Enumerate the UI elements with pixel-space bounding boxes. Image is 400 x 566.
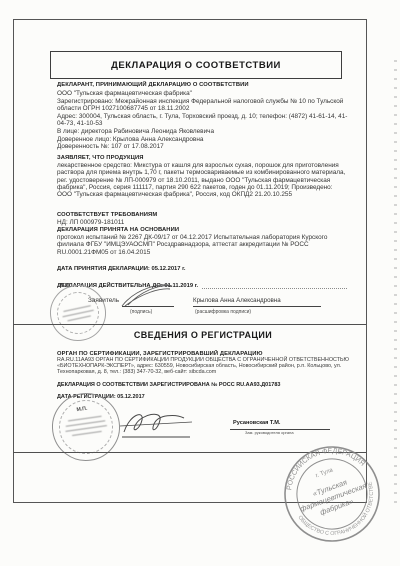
- name-line-1: [193, 306, 321, 307]
- declarant-trustee: Доверенное лицо: Крылова Анна Александро…: [57, 136, 349, 143]
- declarant-heading: ДЕКЛАРАНТ, ПРИНИМАЮЩИЙ ДЕКЛАРАЦИЮ О СООТ…: [57, 82, 349, 89]
- title-box: ДЕКЛАРАЦИЯ О СООТВЕТСТВИИ: [50, 51, 342, 79]
- scan-edge-artifacts: [394, 60, 397, 510]
- registration-section-title: СВЕДЕНИЯ О РЕГИСТРАЦИИ: [57, 330, 349, 340]
- name-caption-2: Зам. руководителя органа: [245, 431, 294, 436]
- signature-1: [118, 282, 180, 308]
- applicant-role-label: Заявитель: [88, 297, 119, 304]
- date-of-adoption: ДАТА ПРИНЯТИЯ ДЕКЛАРАЦИИ: 05.12.2017 г.: [57, 266, 349, 273]
- applicant-name: Крылова Анна Александровна: [193, 297, 281, 304]
- section-divider-top: [13, 324, 366, 325]
- declarant-person: В лице: директора Рабиновича Леонида Яко…: [57, 128, 349, 135]
- signature-line-1: [122, 306, 174, 307]
- signature-caption-1: (подпись): [130, 309, 152, 315]
- declarant-company: ООО "Тульская фармацевтическая фабрика": [57, 90, 349, 97]
- name-caption-1: (расшифровка подписи): [195, 309, 251, 315]
- valid-until-row: ДЕКЛАРАЦИЯ ДЕЙСТВИТЕЛЬНА ДО: 01.11.2019 …: [57, 283, 349, 290]
- name-line-2: [230, 429, 330, 430]
- seal-place-label-1: М.П.: [60, 283, 71, 289]
- authority-text: RA.RU.11АА93 ОРГАН ПО СЕРТИФИКАЦИИ ПРОДУ…: [57, 358, 349, 376]
- basis-text: протокол испытаний № 2267 ДК-09/17 от 04…: [57, 234, 349, 256]
- basis-heading: ДЕКЛАРАЦИЯ ПРИНЯТА НА ОСНОВАНИИ: [57, 227, 349, 234]
- declarant-registration: Зарегистрировано: Межрайонная инспекция …: [57, 98, 349, 113]
- registered-number-line: ДЕКЛАРАЦИЯ О СООТВЕТСТВИИ ЗАРЕГИСТРИРОВА…: [57, 382, 349, 389]
- product-heading: ЗАЯВЛЯЕТ, ЧТО ПРОДУКЦИЯ: [57, 155, 349, 162]
- signature-2: [118, 406, 198, 442]
- power-of-attorney: Доверенность №: 107 от 17.08.2017: [57, 143, 349, 150]
- conformity-nd: НД: ЛП 000979-181011: [57, 219, 349, 226]
- product-description: лекарственное средство: Микстура от кашл…: [57, 162, 349, 198]
- page-title: ДЕКЛАРАЦИЯ О СООТВЕТСТВИИ: [111, 60, 281, 71]
- conformity-heading: СООТВЕТСТВУЕТ ТРЕБОВАНИЯМ: [57, 212, 349, 219]
- declarant-address: Адрес: 300004, Тульская область, г. Тула…: [57, 113, 349, 128]
- expert-name: Русановская Т.М.: [233, 420, 280, 427]
- scanned-declaration-page: ДЕКЛАРАЦИЯ О СООТВЕТСТВИИ ДЕКЛАРАНТ, ПРИ…: [0, 0, 400, 566]
- dotted-leader: [202, 283, 347, 289]
- stamp-city-text: г. Тула: [315, 467, 334, 479]
